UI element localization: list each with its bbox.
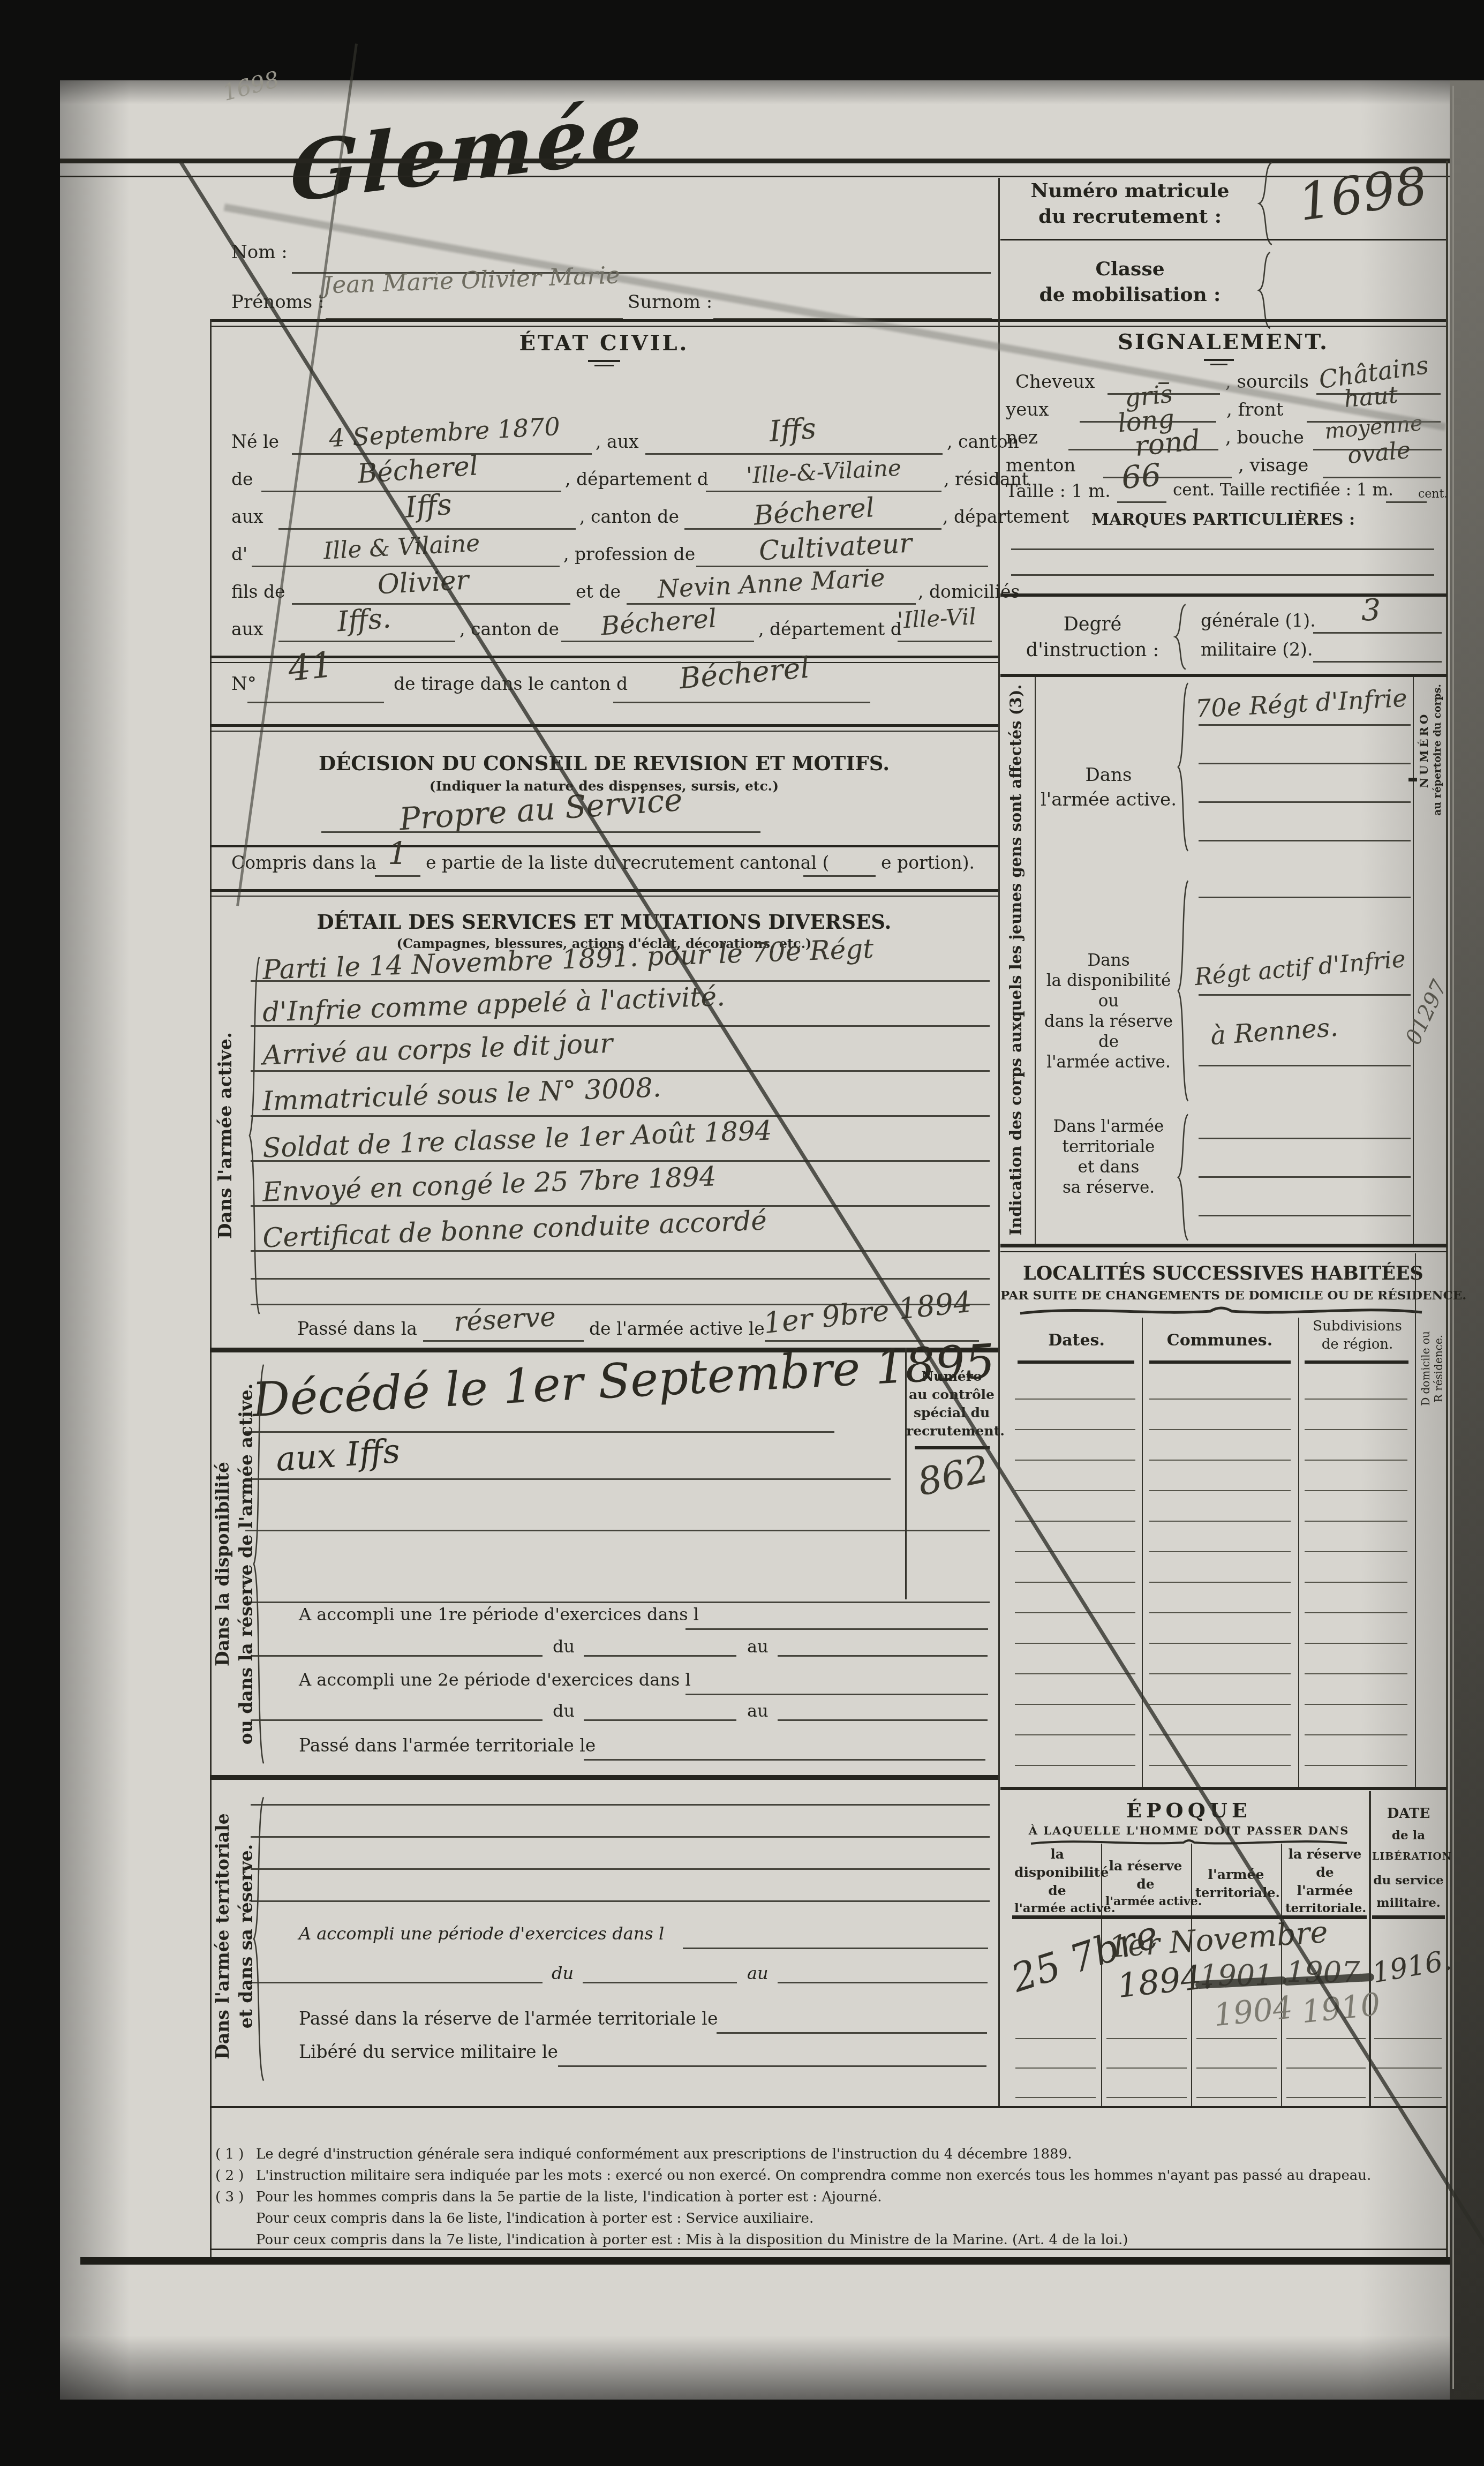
matricule-label-2: du recrutement : xyxy=(1012,206,1248,228)
epoque-col2-l2: de xyxy=(1105,1877,1186,1892)
margin-label-armee-active: Dans l'armée active. xyxy=(213,948,238,1323)
underline xyxy=(247,702,384,703)
underline xyxy=(1199,801,1411,803)
au-label: au xyxy=(747,1637,769,1657)
underline xyxy=(561,641,754,642)
epoque-col4-l1: la réserve xyxy=(1285,1847,1365,1862)
rule xyxy=(1372,1915,1445,1919)
table-rows xyxy=(1149,1369,1291,1785)
armee-active-label-2: l'armée active. xyxy=(1039,790,1178,810)
underline xyxy=(778,1655,988,1657)
underline xyxy=(251,1070,990,1072)
underline xyxy=(1313,661,1442,663)
underline xyxy=(1199,840,1411,841)
table-divider xyxy=(1142,1318,1143,1787)
underline xyxy=(1199,897,1411,898)
underline xyxy=(627,603,916,605)
terr-label-1: Dans l'armée xyxy=(1039,1117,1178,1137)
dr-line-2: R résidence. xyxy=(1432,1259,1445,1478)
deces-place: aux Iffs xyxy=(275,1434,401,1476)
menton-label: menton xyxy=(1006,455,1075,476)
domicilies-label: , domiciliés xyxy=(918,582,1020,602)
underline xyxy=(1199,1138,1411,1139)
du-label: du xyxy=(553,1637,575,1657)
brace xyxy=(252,1794,266,2084)
date-col-l4: du service xyxy=(1372,1874,1445,1888)
brace xyxy=(1256,161,1275,246)
underline xyxy=(251,1205,990,1207)
aux-label: , aux xyxy=(596,432,639,452)
signalement-title: SIGNALEMENT. xyxy=(1000,330,1446,355)
flourish xyxy=(1204,359,1234,361)
underline xyxy=(245,1530,990,1531)
periode-terr-text: A accompli une période d'exercices dans … xyxy=(299,1924,664,1944)
generale-label: générale (1). xyxy=(1201,611,1316,631)
dispo-label-4: dans la réserve xyxy=(1042,1012,1176,1032)
matricule-label-1: Numéro matricule xyxy=(1012,180,1248,202)
divider xyxy=(1413,677,1414,1244)
epoque-col1-l3: de xyxy=(1014,1883,1100,1899)
underline xyxy=(583,1982,737,1983)
epoque-col1-l2: disponibilité xyxy=(1014,1865,1100,1881)
rule xyxy=(1018,1360,1134,1364)
margin-label-territoriale: Dans l'armée territoriale et dans sa rés… xyxy=(211,1785,258,2088)
underline xyxy=(1313,632,1442,634)
table-rows xyxy=(1305,1369,1407,1785)
numero-vertical-2: au répertoire du corps. xyxy=(1431,680,1444,820)
controle-label-3: spécial du xyxy=(906,1405,997,1421)
taille-value: 66 xyxy=(1105,457,1178,494)
table-divider xyxy=(1101,1844,1102,2106)
underline xyxy=(251,980,990,982)
compris-value: 1 xyxy=(375,838,420,869)
table-rows xyxy=(1106,2010,1187,2106)
localites-title: LOCALITÉS SUCCESSIVES HABITÉES xyxy=(1000,1263,1446,1284)
flourish xyxy=(1018,1304,1425,1318)
underline xyxy=(278,641,455,642)
classe-label-1: Classe xyxy=(1012,258,1248,280)
controle-box-border xyxy=(905,1348,907,1599)
dispo-label-1: Dans xyxy=(1042,951,1176,971)
underline xyxy=(584,1719,736,1721)
au-label: au xyxy=(747,1964,769,1983)
fils-de-label: fils de xyxy=(231,582,285,602)
rule xyxy=(210,326,1447,327)
generale-value: 3 xyxy=(1323,596,1419,626)
flourish xyxy=(1210,364,1227,365)
rule xyxy=(210,724,998,727)
footnote-4: Pour ceux compris dans la 6e liste, l'in… xyxy=(256,2211,813,2227)
flourish xyxy=(588,360,620,362)
underline xyxy=(584,1759,985,1761)
underline xyxy=(245,1602,990,1603)
departement-label: , département d xyxy=(565,469,709,490)
epoque-col2-l3: l'armée active. xyxy=(1105,1895,1186,1908)
underline xyxy=(1323,477,1441,478)
rule xyxy=(1000,1787,1447,1790)
passe-reserve-terr-text: Passé dans la réserve de l'armée territo… xyxy=(299,2009,718,2029)
terr-label-2: territoriale xyxy=(1039,1138,1178,1157)
footnote-3: Pour les hommes compris dans la 5e parti… xyxy=(256,2190,882,2206)
epoque-col1-l4: l'armée active. xyxy=(1014,1901,1100,1915)
underline xyxy=(778,1719,988,1721)
degre-label-2: d'instruction : xyxy=(1007,640,1178,661)
underline xyxy=(375,875,420,877)
footnote-5: Pour ceux compris dans la 7e liste, l'in… xyxy=(256,2232,1128,2249)
underline xyxy=(685,1694,988,1695)
underline xyxy=(685,1628,988,1630)
epoque-col1-l1: la xyxy=(1014,1847,1100,1862)
rule xyxy=(1149,1360,1291,1364)
brace xyxy=(1173,603,1188,671)
degre-label-1: Degré xyxy=(1018,614,1167,635)
underline xyxy=(1011,548,1434,550)
taille-rectifiee-label: cent. Taille rectifiée : 1 m. xyxy=(1173,481,1393,500)
underline xyxy=(1199,994,1411,996)
ne-le-label: Né le xyxy=(231,432,279,452)
militaire-label: militaire (2). xyxy=(1201,640,1313,660)
table-rows xyxy=(1286,2010,1366,2106)
scanned-register-page: 1698 Glemée Nom : Prénoms : Jean Marie O… xyxy=(0,0,1484,2466)
underline xyxy=(251,1868,990,1870)
table-rows xyxy=(1196,2010,1277,2106)
date-col-l3: LIBÉRATION xyxy=(1372,1851,1445,1863)
communes-header: Communes. xyxy=(1146,1332,1293,1350)
underline xyxy=(251,1836,990,1838)
libere-text: Libéré du service militaire le xyxy=(299,2042,558,2062)
brace xyxy=(1256,251,1272,330)
table-divider xyxy=(1415,1253,1416,1787)
underline xyxy=(423,1340,584,1342)
decision-title: DÉCISION DU CONSEIL DE REVISION ET MOTIF… xyxy=(210,752,998,775)
etat-civil-title: ÉTAT CIVIL. xyxy=(210,331,998,356)
underline xyxy=(1199,1065,1411,1066)
table-rows xyxy=(1374,2010,1442,2106)
margin-label-disponibilite: Dans la disponibilité ou dans la réserve… xyxy=(211,1355,258,1773)
compris-before: Compris dans la xyxy=(231,853,376,873)
underline xyxy=(251,1982,543,1983)
controle-label-4: recrutement. xyxy=(906,1424,997,1439)
controle-label-1: Numéro xyxy=(906,1369,997,1385)
underline xyxy=(251,1804,990,1806)
rule xyxy=(60,176,1450,177)
underline xyxy=(251,1115,990,1117)
rule xyxy=(1000,1251,1447,1252)
yeux-label: yeux xyxy=(1006,400,1049,420)
epoque-title: ÉPOQUE xyxy=(1007,1799,1371,1822)
table-rows xyxy=(1015,1369,1135,1785)
brace xyxy=(1176,1113,1190,1242)
underline xyxy=(717,2032,987,2034)
dispo-label-2: la disponibilité xyxy=(1042,972,1176,991)
periode1-text: A accompli une 1re période d'exercices d… xyxy=(299,1605,699,1625)
rule xyxy=(210,2106,1447,2108)
d-label: d' xyxy=(231,544,247,565)
underline xyxy=(778,1982,988,1983)
taille-label: Taille : 1 m. xyxy=(1006,481,1111,501)
localites-subtitle: PAR SUITE DE CHANGEMENTS DE DOMICILE OU … xyxy=(1000,1289,1446,1303)
dispo-label-6: l'armée active. xyxy=(1042,1053,1176,1072)
underline xyxy=(683,1948,988,1949)
brace xyxy=(252,1360,266,1768)
epoque-col4-l3: l'armée xyxy=(1285,1883,1365,1899)
epoque-col4-l4: territoriale. xyxy=(1285,1901,1365,1915)
underline xyxy=(1199,763,1411,764)
book-edge-band xyxy=(1450,80,1484,2400)
du-label: du xyxy=(553,1701,575,1721)
rule xyxy=(210,1775,998,1780)
footnote-marker-1: ( 1 ) xyxy=(215,2147,244,2163)
epoque-subtitle: À LAQUELLE L'HOMME DOIT PASSER DANS xyxy=(1007,1824,1371,1837)
table-rows xyxy=(1015,2010,1096,2106)
underline xyxy=(245,1478,891,1480)
dr-line-1: D domicile ou xyxy=(1419,1259,1432,1478)
underline xyxy=(251,1025,990,1027)
underline xyxy=(1199,1176,1411,1178)
margin-label-line1: Dans la disponibilité xyxy=(211,1355,235,1773)
rule xyxy=(60,159,1450,163)
rule xyxy=(210,731,998,732)
brace xyxy=(1176,681,1190,853)
underline xyxy=(251,1250,990,1252)
underline xyxy=(1199,724,1411,726)
compris-end: e portion). xyxy=(881,853,975,873)
rule xyxy=(1305,1360,1408,1364)
date-col-l2: de la xyxy=(1372,1829,1445,1843)
aux-label: aux xyxy=(231,507,263,527)
front-label: , front xyxy=(1226,400,1283,420)
footnote-1: Le degré d'instruction générale sera ind… xyxy=(256,2147,1072,2163)
de-label: de xyxy=(231,469,253,490)
brace xyxy=(1176,878,1190,1103)
et-de-label: et de xyxy=(576,582,621,602)
divider xyxy=(1035,677,1036,1244)
passe-before: Passé dans la xyxy=(297,1319,417,1339)
services-title: DÉTAIL DES SERVICES ET MUTATIONS DIVERSE… xyxy=(210,911,998,934)
cheveux-label: Cheveux xyxy=(1015,372,1095,393)
terr-label-3: et dans xyxy=(1039,1158,1178,1177)
subdivisions-header-1: Subdivisions xyxy=(1302,1319,1412,1335)
numero-vertical-1: NUMÉRO xyxy=(1417,680,1431,820)
rule xyxy=(210,896,998,897)
underline xyxy=(251,1900,990,1902)
underline xyxy=(1199,1215,1411,1216)
dispo-label-3: ou xyxy=(1042,992,1176,1011)
dates-header: Dates. xyxy=(1015,1332,1138,1350)
periode2-text: A accompli une 2e période d'exercices da… xyxy=(299,1670,691,1690)
aux-label: aux xyxy=(231,619,263,640)
underline xyxy=(251,1160,990,1162)
rule xyxy=(1000,1244,1447,1247)
rule xyxy=(80,2257,1450,2265)
epoque-col2-l1: la réserve xyxy=(1105,1859,1186,1874)
canton-de-label: , canton de xyxy=(579,507,679,527)
footnote-marker-2: ( 2 ) xyxy=(215,2168,244,2184)
marques-title: MARQUES PARTICULIÈRES : xyxy=(1000,511,1446,530)
table-divider xyxy=(1281,1844,1282,2106)
terr-label-4: sa réserve. xyxy=(1039,1178,1178,1198)
visage-label: , visage xyxy=(1238,455,1308,476)
tick xyxy=(1408,778,1417,781)
passe-mid: de l'armée active le xyxy=(589,1319,765,1339)
profession-label: , profession de xyxy=(563,544,695,565)
margin-label-line1: Dans l'armée territoriale xyxy=(211,1785,235,2088)
rule xyxy=(210,845,998,847)
numero-repertoire-vertical: NUMÉRO au répertoire du corps. xyxy=(1417,680,1445,820)
underline xyxy=(584,1655,736,1657)
domicile-residence-vertical: D domicile ou R résidence. xyxy=(1419,1259,1445,1478)
epoque-col4-l2: de xyxy=(1285,1865,1365,1881)
footnote-marker-3: ( 3 ) xyxy=(215,2190,244,2206)
rule xyxy=(210,2249,1447,2250)
underline xyxy=(251,1719,543,1721)
footnote-2: L'instruction militaire sera indiquée pa… xyxy=(256,2168,1371,2184)
brace xyxy=(247,953,261,1318)
dispo-label-5: de xyxy=(1042,1033,1176,1052)
au-label: au xyxy=(747,1701,769,1721)
underline xyxy=(613,702,870,703)
table-divider xyxy=(1298,1318,1299,1787)
cent-label: cent. xyxy=(1418,487,1448,501)
date-col-l1: DATE xyxy=(1372,1806,1445,1822)
underline xyxy=(1386,501,1427,503)
armee-active-label-1: Dans xyxy=(1044,765,1173,786)
flourish xyxy=(594,365,614,366)
compris-middle: e partie de la liste du recrutement cant… xyxy=(426,853,829,873)
passe-territoriale-text: Passé dans l'armée territoriale le xyxy=(299,1735,596,1756)
nez-label: nez xyxy=(1006,427,1038,448)
underline xyxy=(803,875,876,877)
rule xyxy=(1000,674,1447,677)
page-edge-line xyxy=(1452,86,1454,2389)
underline xyxy=(1117,501,1166,503)
classe-label-2: de mobilisation : xyxy=(1012,284,1248,306)
underline xyxy=(321,831,760,833)
rule xyxy=(210,889,998,892)
date-col-l5: militaire. xyxy=(1372,1896,1445,1910)
divider xyxy=(998,178,1000,319)
rule xyxy=(1000,239,1447,240)
underline xyxy=(1011,574,1434,576)
underline xyxy=(558,2065,986,2067)
corps-vertical-label: Indication des corps auxquels les jeunes… xyxy=(1005,678,1027,1242)
underline xyxy=(245,1431,834,1433)
underline xyxy=(251,1655,543,1657)
subdivisions-header-2: de région. xyxy=(1302,1337,1412,1353)
underline xyxy=(898,641,992,642)
du-label: du xyxy=(552,1964,574,1983)
prenoms-label: Prénoms : xyxy=(231,292,325,313)
epoque-col3-l1: l'armée xyxy=(1195,1867,1277,1883)
